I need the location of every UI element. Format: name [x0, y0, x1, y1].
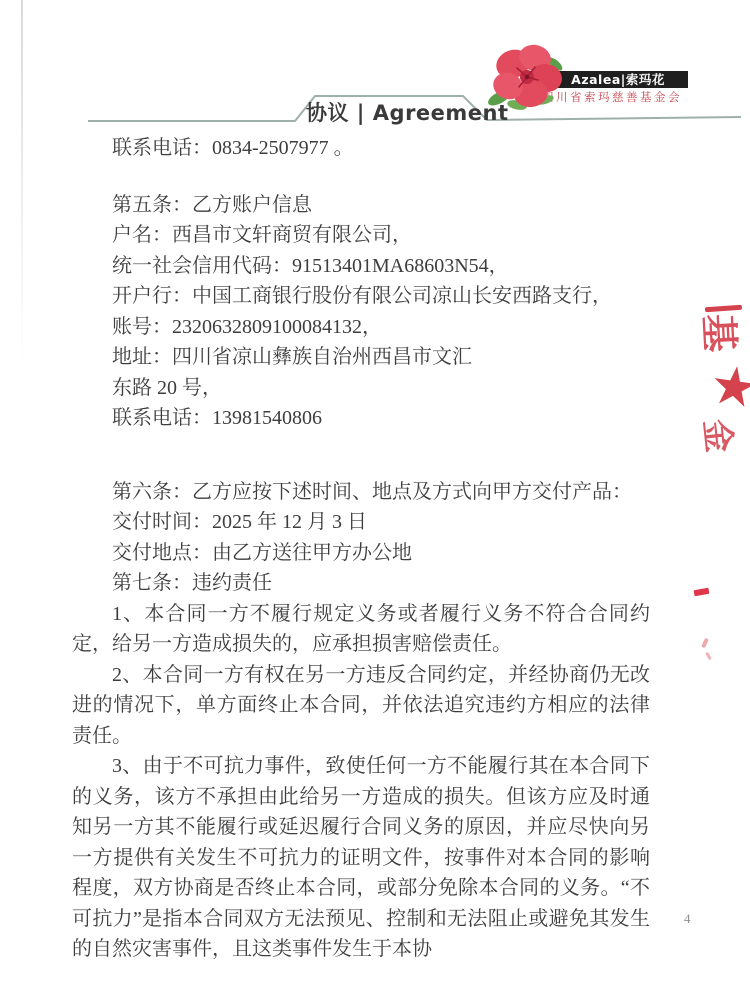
scanned-agreement-page: 协议 | Agreement Azalea|索玛花 四川省索玛慈善基金会 联系电…	[0, 0, 750, 1000]
article-5-heading: 第五条：乙方账户信息	[72, 190, 650, 221]
account-number-line: 账号：2320632809100084132，	[72, 312, 650, 343]
seal-star-icon: ★	[706, 357, 750, 417]
address-line-2: 东路 20 号，	[72, 373, 650, 404]
clause-3-paragraph: 3、由于不可抗力事件，致使任何一方不能履行其在本合同下的义务，该方不承担由此给另…	[72, 751, 650, 965]
seal-ink-speck	[701, 638, 709, 649]
contact-phone-line-2: 联系电话：13981540806	[72, 403, 650, 434]
document-body: 联系电话：0834-2507977 。 第五条：乙方账户信息 户名：西昌市文轩商…	[72, 133, 650, 965]
contact-phone-line: 联系电话：0834-2507977 。	[72, 133, 650, 164]
page-title: 协议 | Agreement	[306, 97, 476, 127]
address-line: 地址：四川省凉山彝族自治州西昌市文汇	[72, 342, 650, 373]
clause-2-paragraph: 2、本合同一方有权在另一方违反合同约定，并经协商仍无改进的情况下，单方面终止本合…	[72, 660, 650, 752]
page-number: 4	[684, 911, 691, 927]
article-6-heading: 第六条：乙方应按下述时间、地点及方式向甲方交付产品：	[72, 477, 650, 508]
delivery-time-line: 交付时间：2025 年 12 月 3 日	[72, 507, 650, 538]
seal-character-bottom: 金	[697, 418, 736, 455]
foundation-logo: Azalea|索玛花 四川省索玛慈善基金会	[480, 40, 700, 112]
logo-banner-text: Azalea|索玛花	[548, 71, 688, 88]
azalea-flower-icon	[483, 42, 569, 112]
clause-1-paragraph: 1、本合同一方不履行规定义务或者履行义务不符合合同约定，给另一方造成损失的，应承…	[72, 599, 650, 660]
delivery-place-line: 交付地点：由乙方送往甲方办公地	[72, 538, 650, 569]
seal-character-top: 基	[698, 313, 738, 353]
account-holder-line: 户名：西昌市文轩商贸有限公司，	[72, 220, 650, 251]
credit-code-line: 统一社会信用代码：91513401MA68603N54，	[72, 251, 650, 282]
seal-ink-dash	[694, 588, 710, 597]
seal-stroke-fragment	[705, 305, 742, 313]
seal-ink-speck	[705, 652, 712, 660]
bank-branch-line: 开户行：中国工商银行股份有限公司凉山长安西路支行，	[72, 281, 650, 312]
article-7-heading: 第七条：违约责任	[72, 568, 650, 599]
